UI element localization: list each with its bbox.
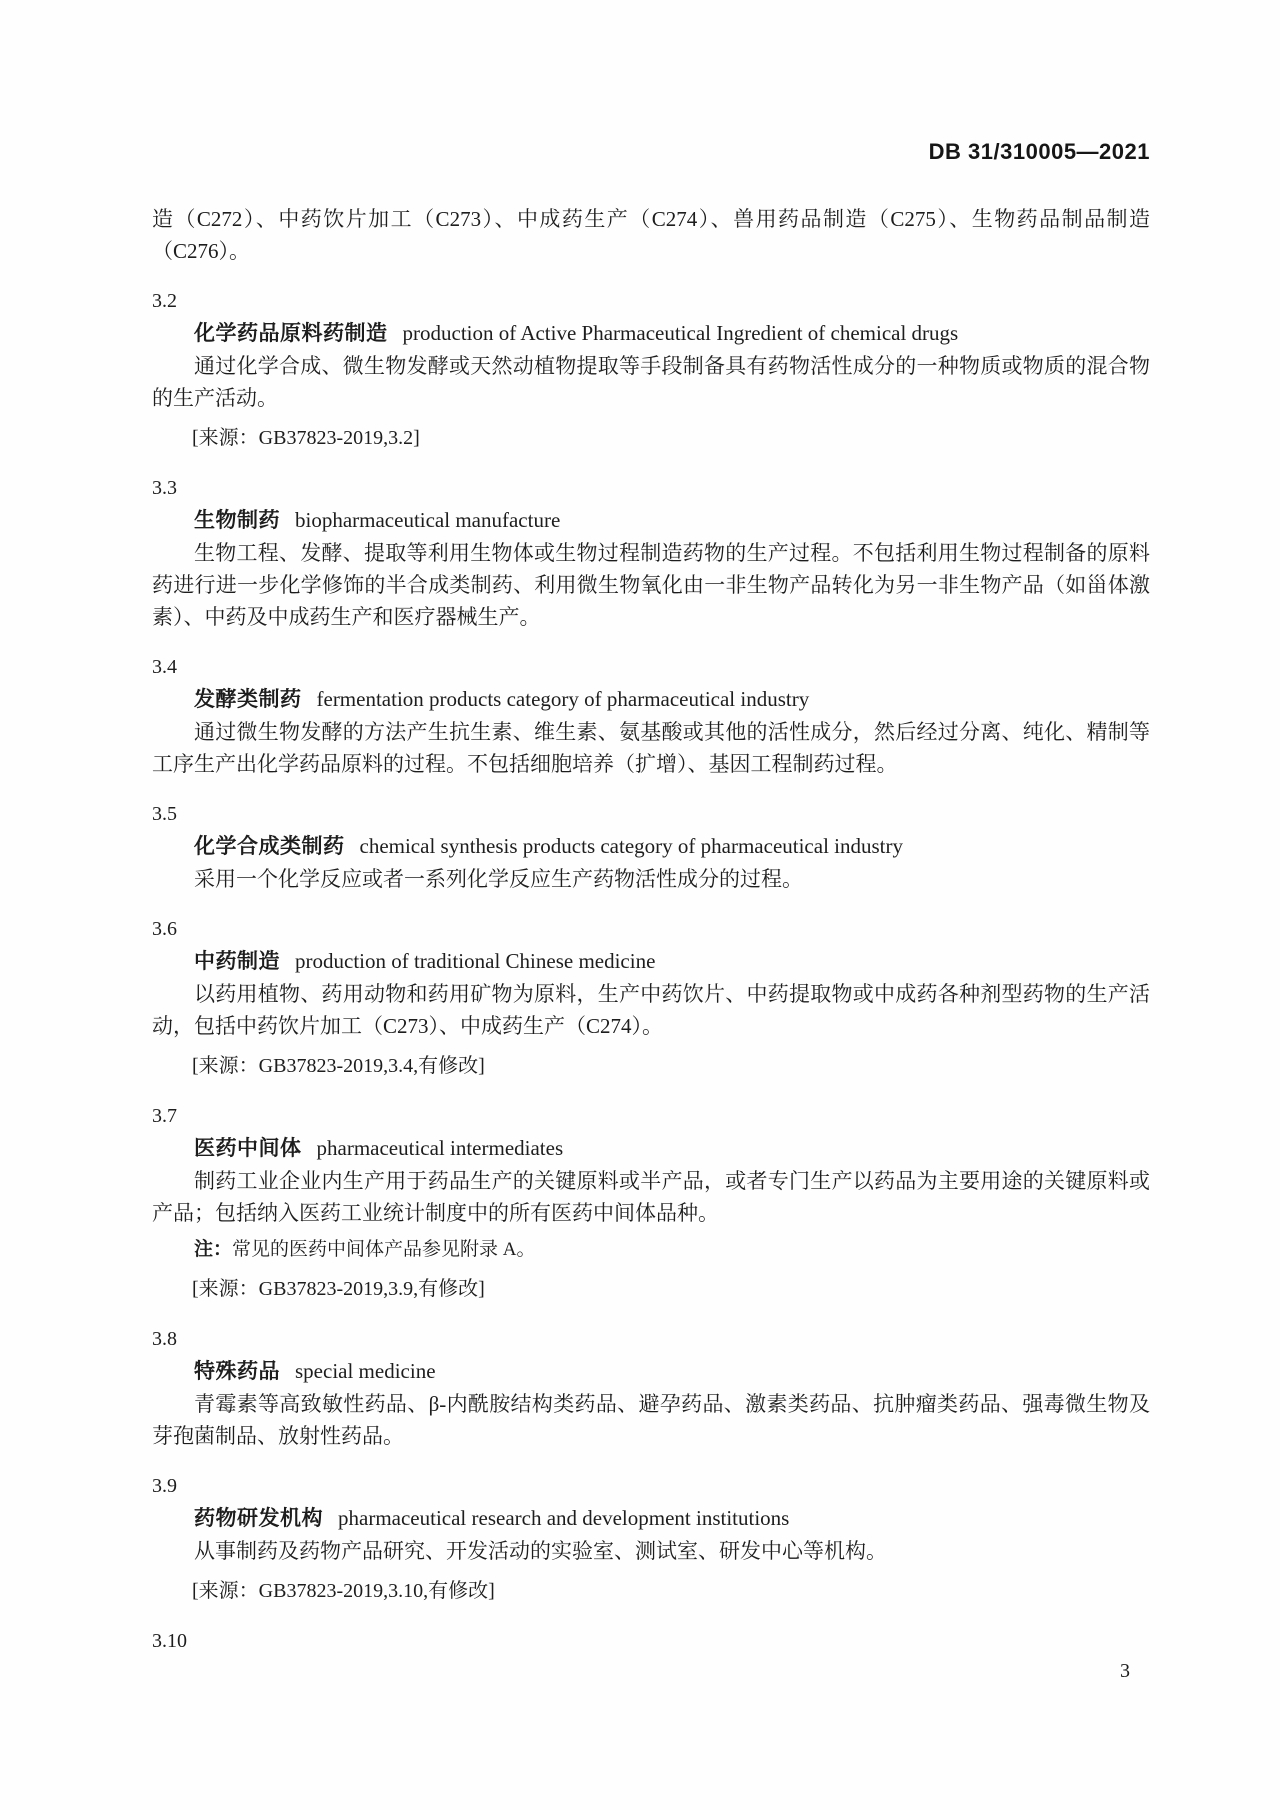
- section-number: 3.10: [152, 1625, 1150, 1657]
- section-number: 3.9: [152, 1470, 1150, 1502]
- term-definition: 通过微生物发酵的方法产生抗生素、维生素、氨基酸或其他的活性成分，然后经过分离、纯…: [152, 716, 1150, 780]
- term-chinese: 生物制药: [194, 509, 280, 532]
- term-entry-3-2: 3.2 化学药品原料药制造production of Active Pharma…: [152, 285, 1150, 454]
- continued-paragraph: 造（C272）、中药饮片加工（C273）、中成药生产（C274）、兽用药品制造（…: [152, 203, 1150, 267]
- section-number: 3.3: [152, 472, 1150, 504]
- section-number: 3.2: [152, 285, 1150, 317]
- term-definition: 青霉素等高致敏性药品、β-内酰胺结构类药品、避孕药品、激素类药品、抗肿瘤类药品、…: [152, 1388, 1150, 1452]
- standard-number-header: DB 31/310005—2021: [152, 138, 1150, 166]
- term-line: 特殊药品special medicine: [152, 1355, 1150, 1388]
- term-chinese: 化学合成类制药: [194, 835, 345, 858]
- term-line: 医药中间体pharmaceutical intermediates: [152, 1132, 1150, 1165]
- document-page: DB 31/310005—2021 造（C272）、中药饮片加工（C273）、中…: [0, 0, 1280, 1810]
- term-entry-3-6: 3.6 中药制造production of traditional Chines…: [152, 913, 1150, 1082]
- term-definition: 采用一个化学反应或者一系列化学反应生产药物活性成分的过程。: [152, 863, 1150, 895]
- term-definition: 以药用植物、药用动物和药用矿物为原料，生产中药饮片、中药提取物或中成药各种剂型药…: [152, 978, 1150, 1042]
- term-line: 发酵类制药fermentation products category of p…: [152, 683, 1150, 716]
- term-line: 生物制药biopharmaceutical manufacture: [152, 504, 1150, 537]
- term-english: biopharmaceutical manufacture: [295, 508, 560, 532]
- term-line: 化学药品原料药制造production of Active Pharmaceut…: [152, 317, 1150, 350]
- section-number: 3.4: [152, 651, 1150, 683]
- note-text: 常见的医药中间体产品参见附录 A。: [232, 1239, 535, 1260]
- page-number: 3: [1120, 1658, 1130, 1684]
- term-entry-3-4: 3.4 发酵类制药fermentation products category …: [152, 651, 1150, 780]
- term-english: chemical synthesis products category of …: [360, 834, 904, 858]
- term-definition: 制药工业企业内生产用于药品生产的关键原料或半产品，或者专门生产以药品为主要用途的…: [152, 1165, 1150, 1229]
- source-reference: [来源：GB37823-2019,3.4,有修改]: [152, 1050, 1150, 1082]
- term-chinese: 特殊药品: [194, 1360, 280, 1383]
- term-definition: 通过化学合成、微生物发酵或天然动植物提取等手段制备具有药物活性成分的一种物质或物…: [152, 350, 1150, 414]
- term-line: 化学合成类制药chemical synthesis products categ…: [152, 830, 1150, 863]
- term-entry-3-8: 3.8 特殊药品special medicine 青霉素等高致敏性药品、β-内酰…: [152, 1323, 1150, 1452]
- term-chinese: 中药制造: [194, 950, 280, 973]
- term-english: fermentation products category of pharma…: [317, 687, 810, 711]
- note-line: 注：常见的医药中间体产品参见附录 A。: [152, 1235, 1150, 1265]
- source-reference: [来源：GB37823-2019,3.2]: [152, 422, 1150, 454]
- term-entry-3-3: 3.3 生物制药biopharmaceutical manufacture 生物…: [152, 472, 1150, 633]
- term-chinese: 医药中间体: [194, 1137, 302, 1160]
- term-chinese: 药物研发机构: [194, 1507, 323, 1530]
- term-entry-3-10: 3.10: [152, 1625, 1150, 1657]
- term-entry-3-5: 3.5 化学合成类制药chemical synthesis products c…: [152, 798, 1150, 895]
- term-english: pharmaceutical intermediates: [317, 1136, 564, 1160]
- term-chinese: 发酵类制药: [194, 688, 302, 711]
- note-label: 注：: [194, 1239, 232, 1260]
- term-definition: 从事制药及药物产品研究、开发活动的实验室、测试室、研发中心等机构。: [152, 1535, 1150, 1567]
- section-number: 3.5: [152, 798, 1150, 830]
- term-english: production of traditional Chinese medici…: [295, 949, 655, 973]
- section-number: 3.7: [152, 1100, 1150, 1132]
- term-definition: 生物工程、发酵、提取等利用生物体或生物过程制造药物的生产过程。不包括利用生物过程…: [152, 537, 1150, 633]
- term-english: pharmaceutical research and development …: [338, 1506, 789, 1530]
- source-reference: [来源：GB37823-2019,3.10,有修改]: [152, 1575, 1150, 1607]
- term-english: production of Active Pharmaceutical Ingr…: [403, 321, 959, 345]
- section-number: 3.8: [152, 1323, 1150, 1355]
- term-chinese: 化学药品原料药制造: [194, 322, 388, 345]
- term-line: 中药制造production of traditional Chinese me…: [152, 945, 1150, 978]
- term-entry-3-7: 3.7 医药中间体pharmaceutical intermediates 制药…: [152, 1100, 1150, 1305]
- term-english: special medicine: [295, 1359, 436, 1383]
- term-line: 药物研发机构pharmaceutical research and develo…: [152, 1502, 1150, 1535]
- source-reference: [来源：GB37823-2019,3.9,有修改]: [152, 1273, 1150, 1305]
- term-entry-3-9: 3.9 药物研发机构pharmaceutical research and de…: [152, 1470, 1150, 1607]
- section-number: 3.6: [152, 913, 1150, 945]
